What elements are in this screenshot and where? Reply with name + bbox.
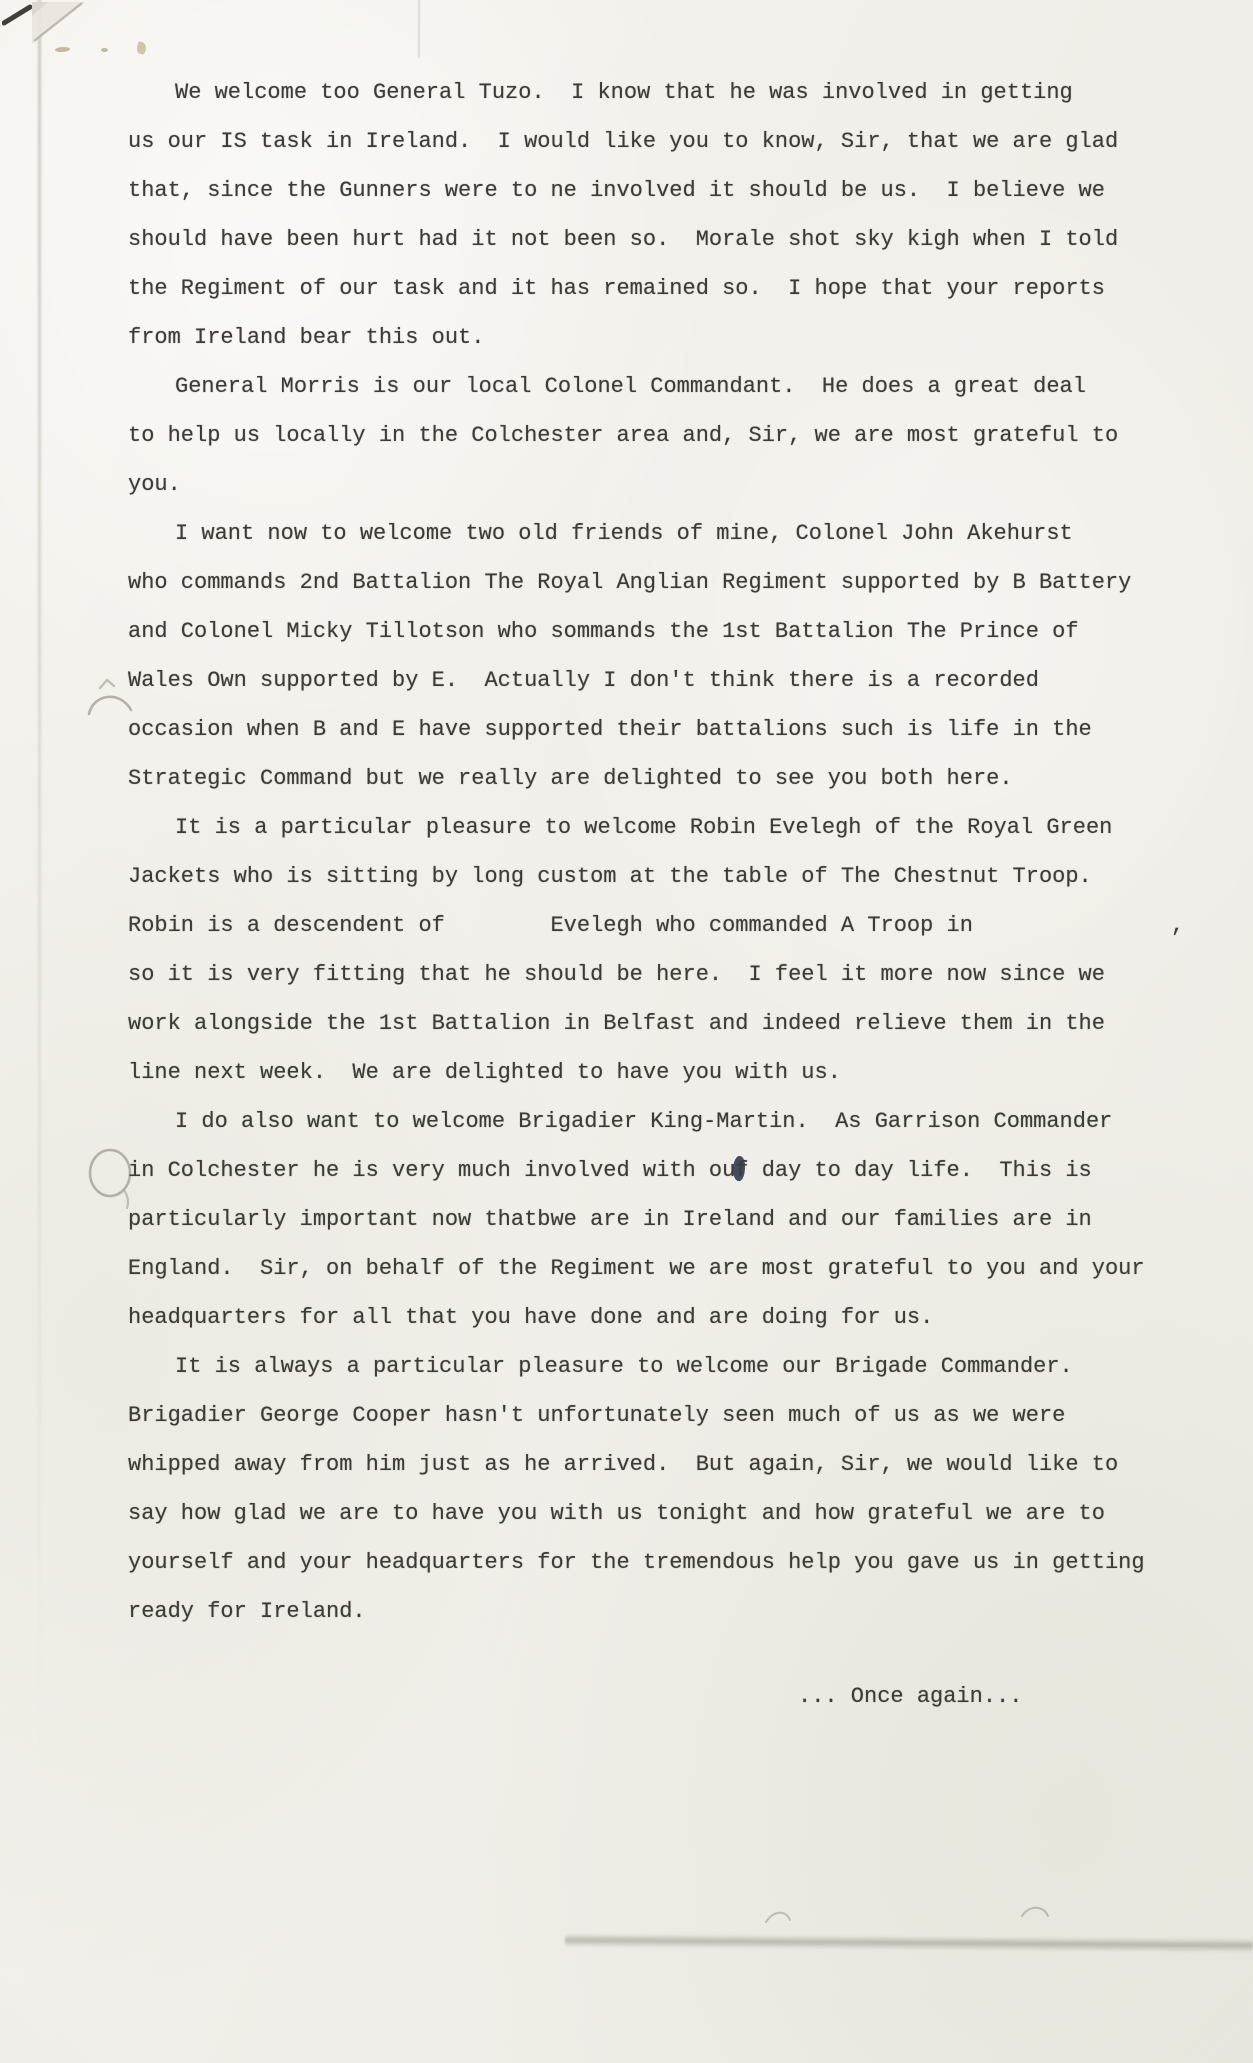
closing-line: ... Once again... [798,1672,1022,1721]
document-body: We welcome too General Tuzo. I know that… [0,0,1253,1636]
document-line: line next week. We are delighted to have… [128,1048,1183,1097]
document-line: should have been hurt had it not been so… [128,215,1183,264]
document-line: us our IS task in Ireland. I would like … [128,117,1183,166]
document-line: you. [128,460,1183,509]
document-line: headquarters for all that you have done … [128,1293,1183,1342]
bottom-squiggle-marks [760,1896,1100,1930]
document-line: ready for Ireland. [128,1587,1183,1636]
document-line: Jackets who is sitting by long custom at… [128,852,1183,901]
document-line: I want now to welcome two old friends of… [128,509,1183,558]
document-line: Robin is a descendent of Evelegh who com… [128,901,1183,950]
document-line: so it is very fitting that he should be … [128,950,1183,999]
document-line: in Colchester he is very much involved w… [128,1146,1183,1195]
document-line: General Morris is our local Colonel Comm… [128,362,1183,411]
typewritten-page: We welcome too General Tuzo. I know that… [0,0,1253,2063]
document-line: Brigadier George Cooper hasn't unfortuna… [128,1391,1183,1440]
document-line: and Colonel Micky Tillotson who sommands… [128,607,1183,656]
bottom-crease [565,1933,1253,1952]
document-line: It is always a particular pleasure to we… [128,1342,1183,1391]
document-line: Strategic Command but we really are deli… [128,754,1183,803]
document-line: whipped away from him just as he arrived… [128,1440,1183,1489]
document-line: from Ireland bear this out. [128,313,1183,362]
document-line: yourself and your headquarters for the t… [128,1538,1183,1587]
document-line: We welcome too General Tuzo. I know that… [128,68,1183,117]
document-line: work alongside the 1st Battalion in Belf… [128,999,1183,1048]
document-line: particularly important now thatbwe are i… [128,1195,1183,1244]
document-line: say how glad we are to have you with us … [128,1489,1183,1538]
document-line: Wales Own supported by E. Actually I don… [128,656,1183,705]
document-line: I do also want to welcome Brigadier King… [128,1097,1183,1146]
document-line: It is a particular pleasure to welcome R… [128,803,1183,852]
document-line: that, since the Gunners were to ne invol… [128,166,1183,215]
document-line: who commands 2nd Battalion The Royal Ang… [128,558,1183,607]
document-line: to help us locally in the Colchester are… [128,411,1183,460]
document-line: England. Sir, on behalf of the Regiment … [128,1244,1183,1293]
document-line: the Regiment of our task and it has rema… [128,264,1183,313]
document-line: occasion when B and E have supported the… [128,705,1183,754]
